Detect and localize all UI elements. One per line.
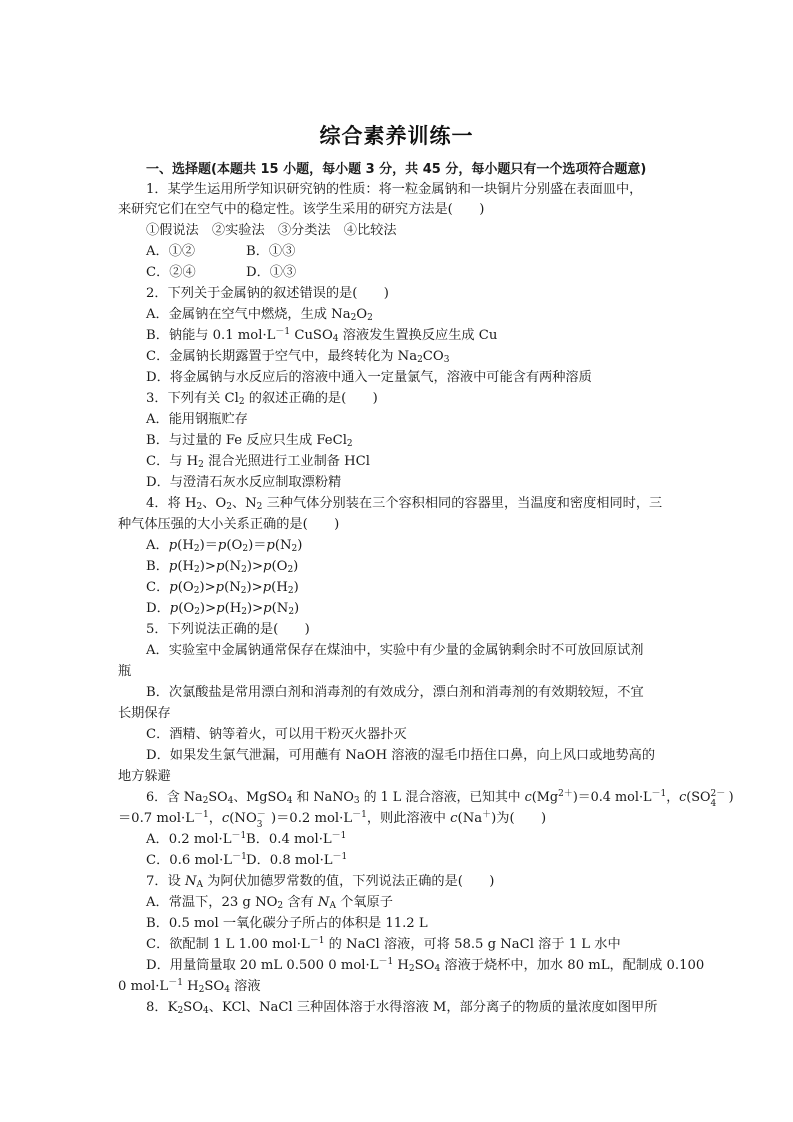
superscript: －1 <box>352 810 367 820</box>
var-p: p <box>263 580 271 595</box>
question-5-option-d-cont: 地方躲避 <box>118 767 171 787</box>
question-3-option-b[interactable]: B．与过量的 Fe 反应只生成 FeCl2 <box>146 431 353 451</box>
question-4-stem-cont: 种气体压强的大小关系正确的是( ) <box>118 515 339 535</box>
text: 和 NaNO <box>292 790 353 805</box>
text: SO <box>208 790 227 805</box>
question-3-option-d[interactable]: D．与澄清石灰水反应制取漂粉精 <box>146 473 341 493</box>
subscript: 2 <box>241 565 247 575</box>
superscript: －1 <box>378 957 393 967</box>
text: ＝0.7 mol·L <box>118 811 194 826</box>
text: ，则此溶液中 <box>367 811 450 826</box>
superscript: －1 <box>194 810 209 820</box>
var-p: p <box>169 580 177 595</box>
option-a[interactable]: A．0.2 mol·L－1 <box>146 830 246 850</box>
text: 、O <box>202 496 226 511</box>
text: 8．K <box>146 1000 177 1015</box>
text: 个氧原子 <box>336 895 393 910</box>
superscript: ＋ <box>482 810 491 820</box>
option-c[interactable]: C．②④ <box>146 263 246 283</box>
var-p: p <box>216 559 224 574</box>
text: H <box>183 979 199 994</box>
option-c[interactable]: C．0.6 mol·L－1 <box>146 851 246 871</box>
text: 溶液于烧杯中，加水 80 mL，配制成 0.100 <box>440 958 704 973</box>
question-2-option-d[interactable]: D．将金属钠与水反应后的溶液中通入一定量氯气，溶液中可能含有两种溶质 <box>146 368 592 388</box>
text: D．用量筒量取 20 mL 0.500 0 mol·L <box>146 958 378 973</box>
text: 0 mol·L <box>118 979 168 994</box>
text: (Mg <box>532 790 558 805</box>
text: SO <box>204 979 224 994</box>
text: C．欲配制 1 L 1.00 mol·L <box>146 937 310 952</box>
var-p: p <box>218 538 226 553</box>
var-n: N <box>318 895 330 910</box>
var-p: p <box>266 538 274 553</box>
question-7-stem: 7．设 NA 为阿伏加德罗常数的值，下列说法正确的是( ) <box>146 872 494 892</box>
question-4-option-c[interactable]: C．p(O2)>p(N2)>p(H2) <box>146 578 299 598</box>
question-7-option-d[interactable]: D．用量筒量取 20 mL 0.500 0 mol·L－1 H2SO4 溶液于烧… <box>146 956 704 976</box>
var-p: p <box>263 601 271 616</box>
var-c: c <box>525 790 532 805</box>
superscript: －1 <box>168 978 183 988</box>
option-d[interactable]: D．0.8 mol·L－1 <box>246 853 347 868</box>
sup-sub: 2－4 <box>711 790 725 802</box>
document-page: 综合素养训练一 一、选择题(本题共 15 小题，每小题 3 分，共 45 分，每… <box>0 0 793 1122</box>
text: SO <box>183 1000 203 1015</box>
question-5-option-b[interactable]: B．次氯酸盐是常用漂白剂和消毒剂的有效成分，漂白剂和消毒剂的有效期较短，不宜 <box>146 683 644 703</box>
text: ) <box>725 790 734 805</box>
subscript: 3 <box>444 355 450 365</box>
text: B．0.4 mol·L <box>246 832 332 847</box>
text: 溶液 <box>230 979 261 994</box>
question-2-option-c[interactable]: C．金属钠长期露置于空气中，最终转化为 Na2CO3 <box>146 347 449 367</box>
text: 溶液发生置换反应生成 Cu <box>339 328 498 343</box>
subscript: 2 <box>347 439 353 449</box>
text: O <box>356 307 367 322</box>
subscript: 2 <box>194 544 200 554</box>
var-p: p <box>216 601 224 616</box>
text: )＝0.4 mol·L <box>573 790 652 805</box>
text: 三种气体分别装在三个容积相同的容器里，当温度和密度相同时，三 <box>262 496 662 511</box>
question-5-option-d[interactable]: D．如果发生氯气泄漏，可用蘸有 NaOH 溶液的湿毛巾捂住口鼻，向上风口或地势高… <box>146 746 655 766</box>
question-1-stem-cont: 来研究它们在空气中的稳定性。该学生采用的研究方法是( ) <box>118 200 484 220</box>
superscript: －1 <box>232 831 247 841</box>
text: C．0.6 mol·L <box>146 853 232 868</box>
question-2-option-a[interactable]: A．金属钠在空气中燃烧，生成 Na2O2 <box>146 305 373 325</box>
text: )＝0.2 mol·L <box>267 811 352 826</box>
text: D．0.8 mol·L <box>246 853 333 868</box>
superscript: 2＋ <box>558 789 573 799</box>
var-n: N <box>185 874 197 889</box>
text: (Na <box>458 811 483 826</box>
question-1-options-row1: A．①②B．①③ <box>146 242 295 262</box>
text: 的 1 L 混合溶液，已知其中 <box>360 790 525 805</box>
text: 、KCl、NaCl 三种固体溶于水得溶液 M，部分离子的物质的量浓度如图甲所 <box>209 1000 658 1015</box>
text: C．与 H <box>146 454 198 469</box>
text: )为( ) <box>491 811 546 826</box>
text: A．金属钠在空气中燃烧，生成 Na <box>146 307 351 322</box>
option-b[interactable]: B．0.4 mol·L－1 <box>246 832 346 847</box>
text: CO <box>423 349 444 364</box>
text: (SO <box>686 790 710 805</box>
subscript: 2 <box>242 544 248 554</box>
question-5-option-b-cont: 长期保存 <box>118 704 171 724</box>
var-p: p <box>216 580 224 595</box>
question-8-stem: 8．K2SO4、KCl、NaCl 三种固体溶于水得溶液 M，部分离子的物质的量浓… <box>146 998 657 1018</box>
text: CuSO <box>290 328 333 343</box>
text: A．常温下，23 g NO <box>146 895 277 910</box>
subscript: 2 <box>367 313 373 323</box>
text: 3．下列有关 Cl <box>146 391 239 406</box>
option-b[interactable]: B．①③ <box>246 244 295 259</box>
question-5-option-a-cont: 瓶 <box>118 662 131 682</box>
subscript: 2 <box>194 565 200 575</box>
question-6-stem-cont: ＝0.7 mol·L－1，c(NO－3 )＝0.2 mol·L－1，则此溶液中 … <box>118 809 546 829</box>
page-title: 综合素养训练一 <box>0 120 793 150</box>
text: 的 NaCl 溶液，可将 58.5 g NaCl 溶于 1 L 水中 <box>324 937 620 952</box>
var-p: p <box>169 538 177 553</box>
question-6-options-row2: C．0.6 mol·L－1D．0.8 mol·L－1 <box>146 851 347 871</box>
subscript: 2 <box>288 607 294 617</box>
question-2-stem: 2．下列关于金属钠的叙述错误的是( ) <box>146 284 389 304</box>
subscript: 2 <box>241 586 247 596</box>
text: 、MgSO <box>233 790 286 805</box>
question-1-options-row2: C．②④D．①③ <box>146 263 296 283</box>
sup-sub: －3 <box>257 811 267 823</box>
question-3-option-c[interactable]: C．与 H2 混合光照进行工业制备 HCl <box>146 452 370 472</box>
var-p: p <box>263 559 271 574</box>
question-7-option-d-cont: 0 mol·L－1 H2SO4 溶液 <box>118 977 261 997</box>
text: 为阿伏加德罗常数的值，下列说法正确的是( ) <box>203 874 494 889</box>
subscript: 2 <box>288 586 294 596</box>
text: SO <box>415 958 435 973</box>
question-3-stem: 3．下列有关 Cl2 的叙述正确的是( ) <box>146 389 378 409</box>
question-7-option-b[interactable]: B．0.5 mol 一氧化碳分子所占的体积是 11.2 L <box>146 914 428 934</box>
subscript: 2 <box>292 544 298 554</box>
superscript: －1 <box>232 852 247 862</box>
question-3-option-a[interactable]: A．能用钢瓶贮存 <box>146 410 248 430</box>
question-5-option-c[interactable]: C．酒精、钠等着火，可以用干粉灭火器扑灭 <box>146 725 407 745</box>
question-7-option-c[interactable]: C．欲配制 1 L 1.00 mol·L－1 的 NaCl 溶液，可将 58.5… <box>146 935 621 955</box>
text: 的叙述正确的是( ) <box>245 391 378 406</box>
text: A．0.2 mol·L <box>146 832 232 847</box>
text: 4．将 H <box>146 496 196 511</box>
superscript: －1 <box>652 789 667 799</box>
question-6-options-row1: A．0.2 mol·L－1B．0.4 mol·L－1 <box>146 830 346 850</box>
var-p: p <box>169 559 177 574</box>
text: 混合光照进行工业制备 HCl <box>204 454 370 469</box>
question-1-methods: ①假说法 ②实验法 ③分类法 ④比较法 <box>146 221 397 241</box>
superscript: －1 <box>332 831 347 841</box>
question-4-option-b[interactable]: B．p(H2)>p(N2)>p(O2) <box>146 557 298 577</box>
question-4-option-a[interactable]: A．p(H2)＝p(O2)＝p(N2) <box>146 536 302 556</box>
option-d[interactable]: D．①③ <box>246 265 296 280</box>
question-4-option-d[interactable]: D．p(O2)>p(H2)>p(N2) <box>146 599 299 619</box>
var-p: p <box>170 601 178 616</box>
text: 、N <box>232 496 257 511</box>
question-1-stem: 1．某学生运用所学知识研究钠的性质：将一粒金属钠和一块铜片分别盛在表面皿中， <box>146 180 642 200</box>
superscript: －1 <box>275 327 290 337</box>
superscript: －1 <box>333 852 348 862</box>
text: H <box>393 958 409 973</box>
question-2-option-b[interactable]: B．钠能与 0.1 mol·L－1 CuSO4 溶液发生置换反应生成 Cu <box>146 326 497 346</box>
text: ， <box>666 790 679 805</box>
subscript: 4 <box>711 794 717 814</box>
question-5-stem: 5．下列说法正确的是( ) <box>146 620 310 640</box>
question-4-stem: 4．将 H2、O2、N2 三种气体分别装在三个容积相同的容器里，当温度和密度相同… <box>146 494 662 514</box>
text: 含有 <box>283 895 318 910</box>
subscript: 2 <box>287 565 293 575</box>
text: B．钠能与 0.1 mol·L <box>146 328 275 343</box>
question-6-stem: 6．含 Na2SO4、MgSO4 和 NaNO3 的 1 L 混合溶液，已知其中… <box>146 788 734 808</box>
text: 6．含 Na <box>146 790 203 805</box>
question-5-option-a[interactable]: A．实验室中金属钠通常保存在煤油中，实验中有少量的金属钠剩余时不可放回原试剂 <box>146 641 643 661</box>
text: C．金属钠长期露置于空气中，最终转化为 Na <box>146 349 417 364</box>
text: B．与过量的 Fe 反应只生成 FeCl <box>146 433 347 448</box>
text: (NO <box>229 811 257 826</box>
text: ， <box>209 811 222 826</box>
var-c: c <box>450 811 457 826</box>
section-heading: 一、选择题(本题共 15 小题，每小题 3 分，共 45 分，每小题只有一个选项… <box>146 160 646 180</box>
question-7-option-a[interactable]: A．常温下，23 g NO2 含有 NA 个氧原子 <box>146 893 393 913</box>
superscript: －1 <box>310 936 325 946</box>
subscript: 2 <box>194 586 200 596</box>
subscript: 2 <box>194 607 200 617</box>
option-a[interactable]: A．①② <box>146 242 246 262</box>
text: 7．设 <box>146 874 185 889</box>
subscript: 2 <box>241 607 247 617</box>
